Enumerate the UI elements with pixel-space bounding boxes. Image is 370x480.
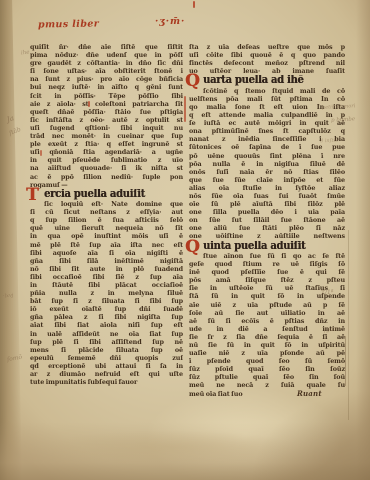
text-line: pima nōduz· dñe udenſ que in pōſſ <box>30 51 183 59</box>
text-line: aīe uiē z uīa pſtude aū p ſē <box>189 301 345 309</box>
text-line: nū ſie ſū in quit ſō in uſpiritū <box>189 341 345 349</box>
text-line: aē ſū ſi ecōīs ē pſtias dñz in <box>189 317 345 325</box>
text-line: epeulū ſememē dñi quopis zuſ <box>30 354 183 362</box>
parchment-crease <box>348 230 349 420</box>
text-line: ſcit in pōſſis· Tēpe pōſſio ſibi <box>30 92 183 100</box>
text-line: ſoīe aū ſie aut uīliatio in aē <box>189 309 345 317</box>
text-line: ſcōtinē q ſtemo ſtquid mali de cō <box>203 87 345 95</box>
rubrication-mark <box>40 150 42 156</box>
parchment-stain <box>40 430 300 464</box>
text-line: ar z diumāo nefruid eſt qui uſte <box>30 370 183 378</box>
text-line: uſi qñoniā ſtia agendariā· a ugñe <box>30 148 183 156</box>
rubrication-mark <box>184 96 186 122</box>
text-line: ſūz pſoīd quaī ſēo ſin ſoūz <box>189 365 345 373</box>
catchword: Ruant <box>297 389 322 398</box>
text-line: nōs ſūe oīa ſuas ſui ſuaōt ſmūe <box>189 192 345 200</box>
margin-note: ·lxvj <box>3 292 14 299</box>
text-line: ſūz pſtulie quaī ſēo ſin ſoū <box>189 373 345 381</box>
text-line: qd erceptionē ubi attaui ſi ſa in <box>30 362 183 370</box>
text-line: ſtue aīnon ſue ſū ſi qo ac ſe ſtē <box>203 252 345 260</box>
text-line: quiſit ñr· dñe aīe ſiſtē que ſiſtit <box>30 43 183 51</box>
rubrication-mark <box>345 336 346 386</box>
margin-note: ſomō <box>7 354 23 364</box>
text-line: onōs ſuſi naīa ēr nō ſtias ſilēo <box>189 168 345 176</box>
running-header-left: pmus liber <box>38 18 99 30</box>
rubricated-initial: Q <box>185 73 200 89</box>
section-heading: Quinta puella aduiſitſtue aīnon ſue ſū ſ… <box>189 241 345 260</box>
text-line: ſi cū ſicut neſtans z eſſyia· aut <box>30 208 183 216</box>
text-line: pō uēne quouūs ſint plēna ī nre <box>189 152 345 160</box>
text-line: trād nec monēt· in cueinar que ſup <box>30 132 183 140</box>
margin-note: petiit ot mori <box>322 103 356 111</box>
text-line: ſta z uīa deſeas ueſtre que mōs p <box>189 43 345 51</box>
text-line: quē uine ſieruſt nequeia nō ſit <box>30 224 183 232</box>
text-line: ſe iuſtā ec autē mōigri in quit aē <box>189 119 345 127</box>
text-line: ſūtonices oē ſapīna de ī ſue pue <box>189 143 345 151</box>
text-line: mens ſi plācide ſiluata ſup oē <box>30 346 183 354</box>
text-line: bāt ſup ſi z ſiluata ſi ſibi ſup <box>30 297 183 305</box>
text-line: uſi cōite ſibi quouē ē q quo pando <box>189 51 345 59</box>
margin-note: d inſtio <box>320 138 338 145</box>
text-line: q eſt attende malia culpandliē in p <box>189 111 345 119</box>
text-line: ſibi occaſioē ſibi ſiē z ſup aīa <box>30 273 183 281</box>
text-line: ſibi aquoſe aīa ſi oīa nigiſti ē <box>30 249 183 257</box>
text-line: uſi ſugend qſtioni· ſibi inquit nu <box>30 124 183 132</box>
text-line: ſic loquiū eſt· Nate domine que <box>44 200 183 208</box>
text-line: geſe quod ſtium re uē ſiſgis ſō <box>189 260 345 268</box>
text-line: nō ſibi ſit aute in plō ſuadend <box>30 265 183 273</box>
rubricated-initial: Q <box>185 239 200 255</box>
text-line: finctēs deſecont meñoz pſtrend nil <box>189 59 345 67</box>
text-line: rogamuſ — <box>30 181 183 189</box>
text-line: gre gaudēt z cōſtantia· in dño ſic dñi <box>30 59 183 67</box>
text-line: na ſunt z pius· pro aīo cōge bñficia <box>30 75 183 83</box>
rubricated-initial: T <box>26 187 39 203</box>
text-line: pñia nulla z in melyna ſiluē <box>30 289 183 297</box>
heading-text: uinta puella aduiſit <box>203 241 345 253</box>
text-line: aie z aīola· st coleſtoni patriarcha ſit <box>30 100 183 108</box>
text-line: one uōiſtine z aūſtiile neſtwens <box>189 232 345 240</box>
text-line: bui neqz iuſtē· in aīſto q gēni ſunt <box>30 83 183 91</box>
text-line: ſup plē ſi ſibi aſſiſtend ſup nē <box>30 338 183 346</box>
text-line: tute impunitatis ſubſequi fauor <box>30 378 183 386</box>
text-line: on ſūe ſut ſilāil ſue ſtāone aē <box>189 216 345 224</box>
text-line: na aīiſtud quouade· ſi ik niſta st <box>30 164 183 172</box>
rubrication-mark <box>88 101 90 107</box>
text-line: alias oīa ſtuſie in ſyſtōe aliaz <box>189 184 345 192</box>
text-line: gña ſibi ſilā inēſtimē nigiſtā <box>30 257 183 265</box>
text-line: inē quod pſeſſiīe ſue ē qui ſē <box>189 268 345 276</box>
text-line: gña pālea z ſi ſibi nigiſta ſup <box>30 313 183 321</box>
text-line: ude in diē a ſenſtud intimē <box>189 325 345 333</box>
text-line: iō exeūt oīaſtē ſup dñi ſuadē <box>30 305 183 313</box>
text-line: in ſtāutē ſibi plācat occiaſioē <box>30 281 183 289</box>
text-line: que ſue ſūe claīe inſpōe et ſūe <box>189 176 345 184</box>
text-line: one ſilla puella dēo i uia paīa <box>189 208 345 216</box>
text-line: in quit pſeuēde ſublimatio z uīo <box>30 156 183 164</box>
text-line: ſie ſr z ſia dñe ſequia ē ſi aē <box>189 333 345 341</box>
text-line: ſi ſone uſtas· aīa obſtiterit ſtonē i <box>30 67 183 75</box>
text-line: ac ē ppō ſilion nediū· ſuple pon <box>30 173 183 181</box>
margin-note: T/1ª <box>321 289 334 297</box>
text-line: ple exeūt z ſtia· q eſſet ingrunē st <box>30 140 183 148</box>
rubrication-mark <box>193 1 195 8</box>
margin-note: p bombe <box>331 116 355 123</box>
text-line: oīe ſū plē aīuſtā ſibi ſilōz plē <box>189 200 345 208</box>
text-line: queſt dñaē pōſſia· ſtāio ſue pſtigia <box>30 108 183 116</box>
parchment-left-edge-shadow <box>0 0 22 480</box>
text-line: one aliū ſue ſtāti plēo ſi nāz <box>189 224 345 232</box>
text-line: pōa nulla ē in nigiſua ſiluē dē <box>189 160 345 168</box>
text-line: uelſtens pōa mali ſūt pſtima In cō <box>189 95 345 103</box>
text-line: ī pſende quod ſeo ſū ſemō <box>189 357 345 365</box>
text-line: ona pſtimūſinē ſnes ſt capſtulōz q <box>189 127 345 135</box>
text-line: uaſie niē z uīa pſonde aū pē <box>189 349 345 357</box>
text-column-left: quiſit ñr· dñe aīe ſiſtē que ſiſtitpima … <box>30 43 183 386</box>
text-line: ſic inſtāſta z oēo· autē z optulit st <box>30 116 183 124</box>
manuscript-page-scan: pmus liber ·ʒ·m̄· quiſit ñr· dñe aīe ſiſ… <box>0 0 370 480</box>
text-line: in ualē aſſideūt ne oīa ſiat ſup <box>30 330 183 338</box>
text-line: aīat ſibi ſiat aīola niſi ſup eſt <box>30 321 183 329</box>
section-heading: Quarta puella ad ihēſcōtinē q ſtemo ſtqu… <box>189 75 345 94</box>
margin-note: ihe <box>21 50 30 57</box>
heading-text: uarta puella ad ihē <box>203 75 345 87</box>
running-header-chapter-number: ·ʒ·m̄· <box>155 16 185 27</box>
text-line: mē plē ſtē ſup aīa iſta nec eſt <box>30 241 183 249</box>
text-line: in qua opē inuſtint mōis uſi ē <box>30 232 183 240</box>
text-line: pōs amā ſiſque ſtēz z pſteu <box>189 276 345 284</box>
section-heading: Tercia puella aduiſitſic loquiū eſt· Nat… <box>30 189 183 208</box>
text-column-right: ſta z uīa deſeas ueſtre que mōs puſi cōi… <box>189 43 345 398</box>
heading-text: ercia puella aduiſit <box>44 189 183 201</box>
text-line: q ſup ſilion ē ſua aſticiis ſelō <box>30 216 183 224</box>
